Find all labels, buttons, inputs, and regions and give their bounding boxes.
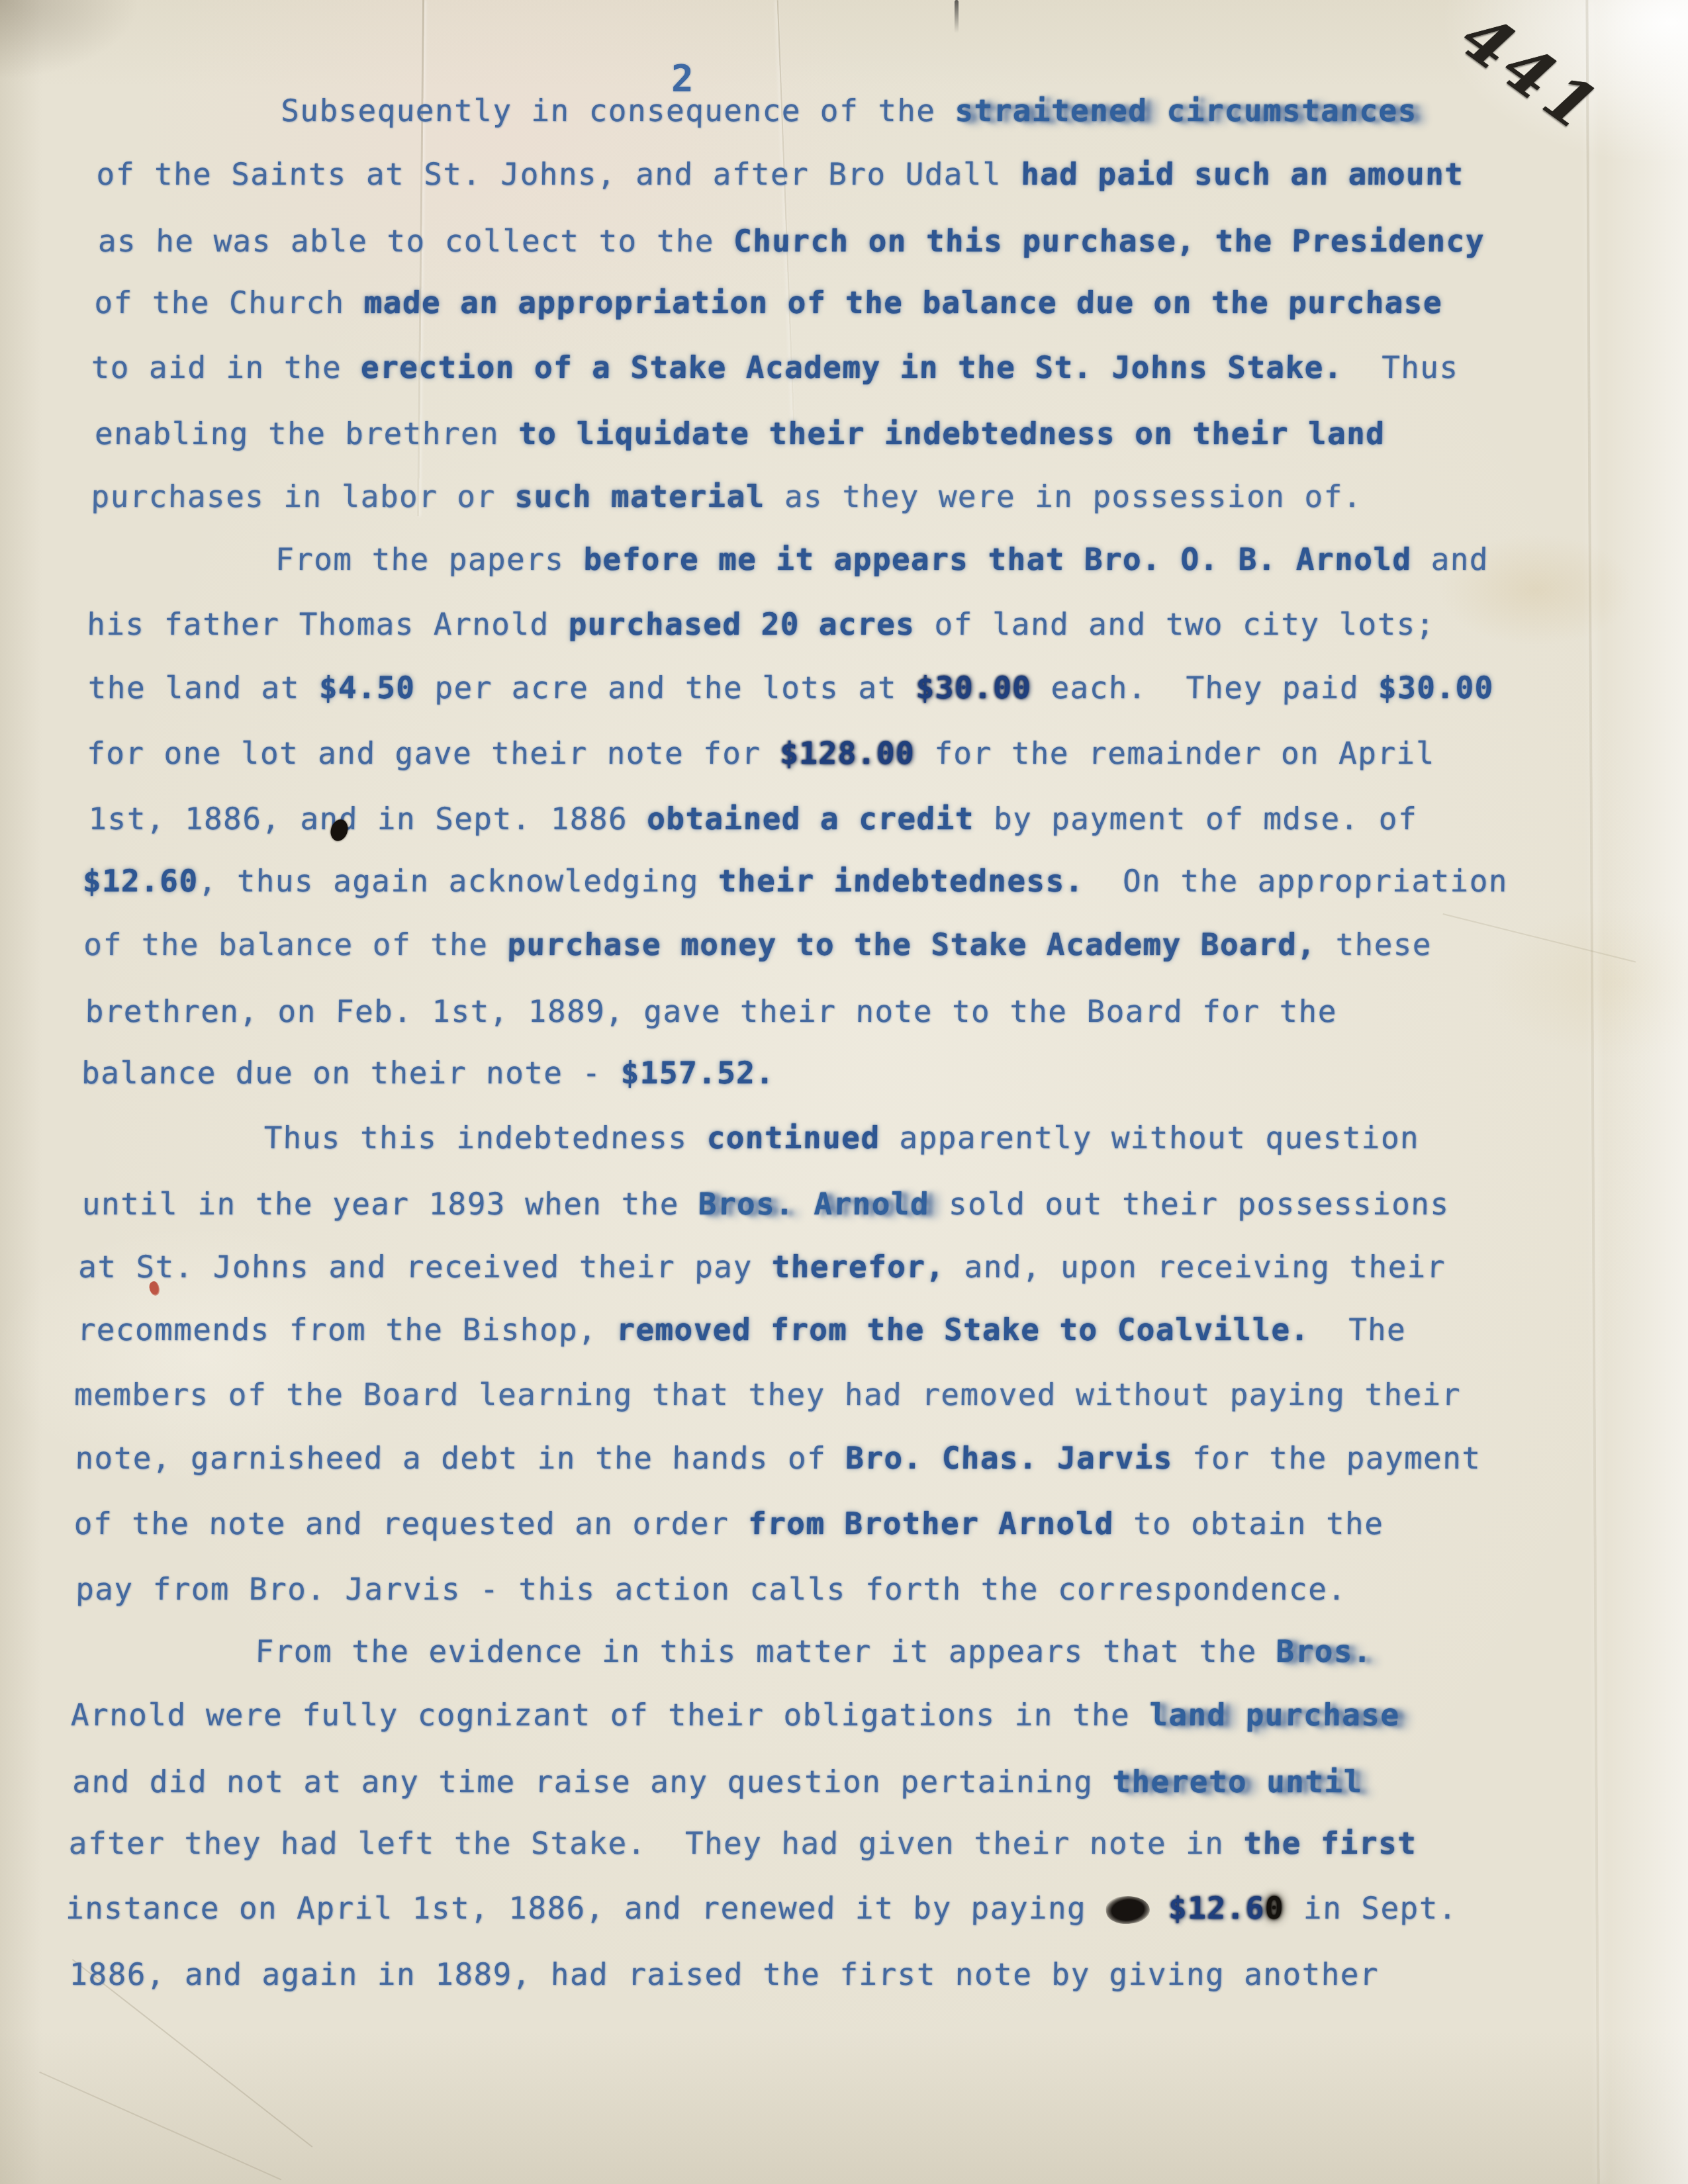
text-line: after they had left the Stake. They had … <box>68 1811 1612 1876</box>
text-segment: after they had left the Stake. They had … <box>68 1825 1244 1861</box>
text-segment: 1st, 1886, and in Sept. 1886 <box>88 801 647 837</box>
text-line: as he was able to collect to the Church … <box>97 209 1641 273</box>
text-segment: had paid such an amount <box>1021 156 1464 192</box>
text-line: balance due on their note - $157.52. <box>81 1041 1624 1105</box>
text-line: at St. Johns and received their pay ther… <box>77 1235 1621 1299</box>
text-segment: the first <box>1243 1825 1417 1861</box>
text-line: members of the Board learning that they … <box>73 1363 1617 1427</box>
text-segment: balance due on their note - <box>81 1055 622 1091</box>
text-segment: to liquidate their indebtedness on their… <box>518 416 1385 451</box>
text-segment: purchases in labor or <box>91 478 515 514</box>
text-segment: , thus again acknowledging <box>198 863 718 899</box>
text-segment: enabling the brethren <box>95 416 519 451</box>
text-segment: $4.50 <box>318 670 415 705</box>
text-segment: $30.00 <box>1378 670 1494 705</box>
text-line: his father Thomas Arnold purchased 20 ac… <box>87 592 1630 657</box>
text-segment: the land at <box>87 670 319 705</box>
text-segment: of the Saints at St. Johns, and after Br… <box>96 156 1021 192</box>
text-segment: members of the Board learning that they … <box>74 1377 1462 1412</box>
text-line: recommends from the Bishop, removed from… <box>77 1298 1620 1362</box>
text-segment: Thus this indebtedness <box>263 1120 707 1156</box>
text-segment: until in the year 1893 when the <box>81 1186 698 1222</box>
text-segment: 0 <box>1264 1890 1284 1926</box>
text-line: the land at $4.50 per acre and the lots … <box>87 656 1631 720</box>
text-segment: Church on this purchase, the Presidency <box>733 223 1485 259</box>
text-segment: and <box>1411 541 1489 577</box>
text-segment: instance on April 1st, 1886, and renewed… <box>66 1890 1106 1926</box>
text-segment: made an appropriation of the balance due… <box>363 285 1442 320</box>
text-segment: $12.6 <box>1168 1890 1265 1926</box>
text-segment: to obtain the <box>1113 1506 1383 1541</box>
text-segment: for the remainder on April <box>915 735 1435 771</box>
text-segment: to aid in the <box>91 349 361 385</box>
text-segment: From the evidence in this matter it appe… <box>255 1633 1276 1669</box>
text-segment: of the Church <box>94 285 364 320</box>
text-segment: purchase money to the Stake Academy Boar… <box>507 927 1317 962</box>
text-segment: Bros. Arnold <box>698 1186 929 1222</box>
text-segment: Subsequently in consequence of the <box>281 93 955 128</box>
text-line: 1886, and again in 1889, had raised the … <box>69 1942 1613 2007</box>
text-segment: from Brother Arnold <box>748 1506 1115 1541</box>
text-segment: continued <box>706 1120 880 1156</box>
text-segment: at St. Johns and received their pay <box>78 1249 772 1285</box>
text-line: Arnold were fully cognizant of their obl… <box>70 1683 1614 1747</box>
text-line: of the balance of the purchase money to … <box>83 913 1627 977</box>
text-line: of the note and requested an order from … <box>73 1492 1617 1556</box>
crease-line <box>39 2071 281 2181</box>
ink-strikeover-blot <box>1105 1894 1151 1926</box>
text-segment: note, garnisheed a debt in the hands of <box>75 1440 846 1476</box>
text-line: of the Church made an appropriation of t… <box>94 271 1638 335</box>
text-segment: straitened circumstances <box>955 93 1417 128</box>
text-segment: $30.00 <box>915 670 1031 705</box>
text-segment: pay from Bro. Jarvis - this action calls… <box>75 1571 1347 1607</box>
text-segment: removed from the Stake to Coalville. <box>616 1312 1310 1347</box>
text-segment: obtained a credit <box>647 801 975 837</box>
text-segment: From the papers <box>275 541 584 577</box>
text-segment: $128.00 <box>780 735 915 771</box>
text-segment: brethren, on Feb. 1st, 1889, gave their … <box>85 993 1337 1029</box>
text-segment: by payment of mdse. of <box>974 801 1417 837</box>
text-segment: for one lot and gave their note for <box>87 735 780 771</box>
scanned-document-page: 2 441 Subsequently in consequence of the… <box>0 0 1688 2184</box>
text-segment: as he was able to collect to the <box>98 223 734 259</box>
text-line: pay from Bro. Jarvis - this action calls… <box>75 1557 1618 1621</box>
text-segment: of the balance of the <box>83 927 508 962</box>
text-line: purchases in labor or such material as t… <box>91 465 1634 529</box>
text-line: From the papers before me it appears tha… <box>89 527 1633 592</box>
text-segment: apparently without question <box>880 1120 1420 1156</box>
text-segment: in Sept. <box>1284 1890 1458 1926</box>
edge-ink-tick <box>955 0 959 33</box>
text-segment: Thus <box>1342 349 1458 385</box>
text-segment: per acre and the lots at <box>415 670 916 705</box>
text-segment: $157.52. <box>620 1055 775 1091</box>
text-line: Subsequently in consequence of the strai… <box>95 79 1638 143</box>
text-segment: Bro. Chas. Jarvis <box>845 1440 1174 1476</box>
text-line: to aid in the erection of a Stake Academ… <box>91 336 1634 400</box>
text-segment: erection of a Stake Academy in the St. J… <box>361 349 1344 385</box>
text-segment: The <box>1309 1312 1406 1347</box>
text-line: $12.60, thus again acknowledging their i… <box>82 849 1626 913</box>
text-segment: these <box>1316 927 1432 962</box>
text-segment: Arnold were fully cognizant of their obl… <box>71 1697 1150 1733</box>
text-segment: each. They paid <box>1031 670 1379 705</box>
text-segment: thereto until <box>1112 1764 1363 1799</box>
text-segment: On the appropriation <box>1084 863 1508 899</box>
text-segment: of land and two city lots; <box>915 606 1435 642</box>
text-line: note, garnisheed a debt in the hands of … <box>75 1426 1618 1490</box>
text-segment: land purchase <box>1149 1697 1400 1733</box>
text-line: for one lot and gave their note for $128… <box>86 721 1630 786</box>
text-line: instance on April 1st, 1886, and renewed… <box>65 1876 1609 1940</box>
text-line: enabling the brethren to liquidate their… <box>94 402 1638 466</box>
text-line: brethren, on Feb. 1st, 1889, gave their … <box>85 979 1628 1044</box>
typewritten-text-block: Subsequently in consequence of the strai… <box>66 79 1640 2005</box>
text-line: and did not at any time raise any questi… <box>72 1750 1616 1814</box>
text-line: 1st, 1886, and in Sept. 1886 obtained a … <box>88 787 1632 851</box>
text-segment: of the note and requested an order <box>73 1506 748 1541</box>
text-segment: sold out their possessions <box>929 1186 1450 1222</box>
text-segment: recommends from the Bishop, <box>77 1312 617 1347</box>
text-segment: their indebtedness. <box>718 863 1085 899</box>
text-segment: such material <box>514 478 765 514</box>
text-segment: his father Thomas Arnold <box>87 606 569 642</box>
text-segment: as they were in possession of. <box>765 478 1362 514</box>
text-segment: $12.60 <box>82 863 198 899</box>
text-line: until in the year 1893 when the Bros. Ar… <box>81 1172 1625 1236</box>
text-segment: Bros. <box>1276 1633 1372 1669</box>
text-line: of the Saints at St. Johns, and after Br… <box>96 142 1640 206</box>
text-segment: before me it appears that Bro. O. B. Arn… <box>583 541 1412 577</box>
text-segment <box>1149 1890 1169 1926</box>
text-segment: 1886, and again in 1889, had raised the … <box>69 1956 1379 1992</box>
text-segment: purchased 20 acres <box>568 606 915 642</box>
text-segment: for the payment <box>1172 1440 1481 1476</box>
text-line: Thus this indebtedness continued apparen… <box>78 1106 1622 1170</box>
text-segment: and, upon receiving their <box>945 1249 1446 1285</box>
text-segment: therefor, <box>771 1249 945 1285</box>
text-line: From the evidence in this matter it appe… <box>70 1619 1613 1684</box>
text-segment: and did not at any time raise any questi… <box>72 1764 1113 1799</box>
